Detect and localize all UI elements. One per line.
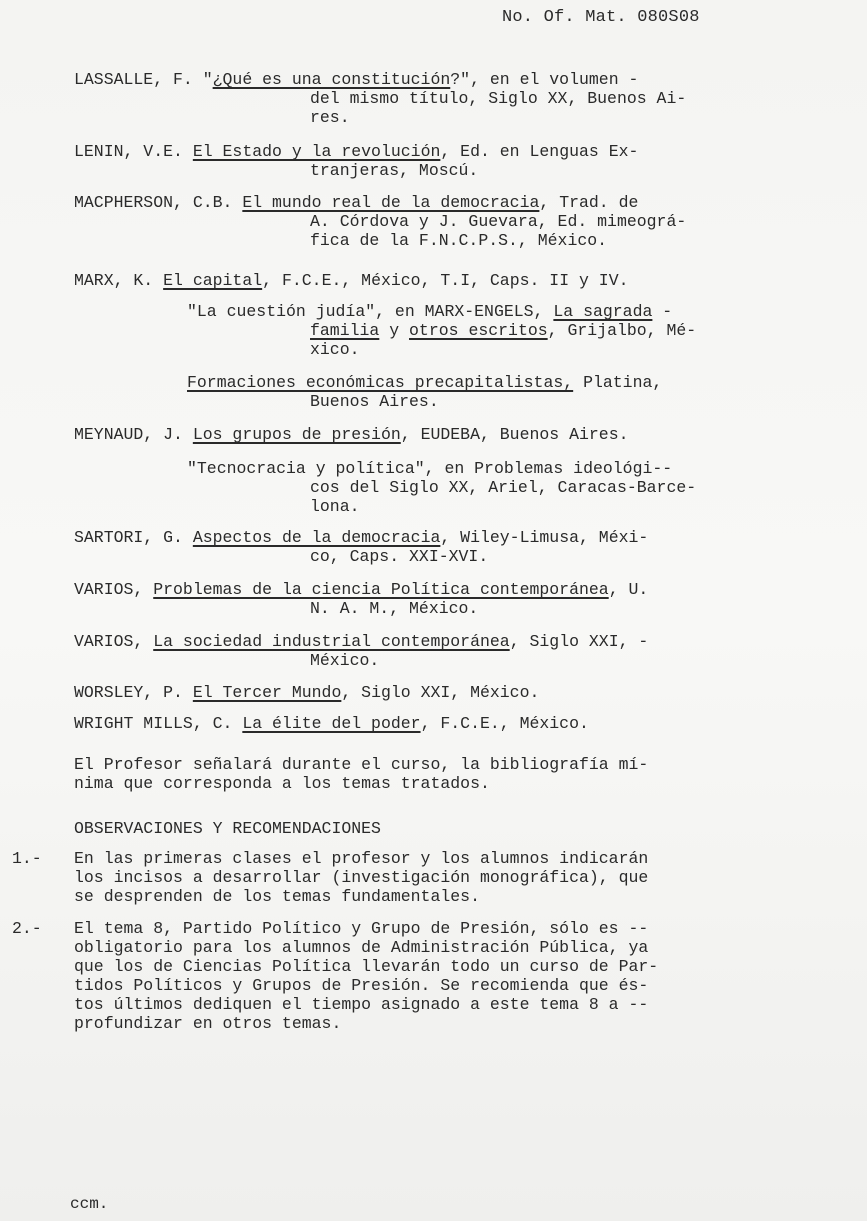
bibliography-entry: LASSALLE, F. "¿Qué es una constitución?"… — [74, 70, 794, 127]
bibliography-entry: VARIOS, Problemas de la ciencia Política… — [74, 580, 794, 618]
bibliography-entry: MEYNAUD, J. Los grupos de presión, EUDEB… — [74, 425, 794, 444]
entry-line: "Tecnocracia y política", en Problemas i… — [74, 459, 794, 478]
work-title: La sagrada — [553, 302, 652, 321]
entry-text: LASSALLE, F. " — [74, 70, 213, 89]
entry-line: familia y otros escritos, Grijalbo, Mé- — [74, 321, 794, 340]
bibliography-entry: WORSLEY, P. El Tercer Mundo, Siglo XXI, … — [74, 683, 794, 702]
work-title: El Estado y la revolución — [193, 142, 441, 161]
entry-text: lona. — [310, 497, 360, 516]
observation-line: tos últimos dediquen el tiempo asignado … — [74, 995, 812, 1014]
entry-text: tranjeras, Moscú. — [310, 161, 478, 180]
entry-line: MARX, K. El capital, F.C.E., México, T.I… — [74, 271, 794, 290]
observation-line: tidos Políticos y Grupos de Presión. Se … — [74, 976, 812, 995]
entry-line: Formaciones económicas precapitalistas, … — [74, 373, 794, 392]
entry-text: - — [652, 302, 672, 321]
work-title: El Tercer Mundo — [193, 683, 342, 702]
observation-line: profundizar en otros temas. — [74, 1014, 812, 1033]
entry-line: Buenos Aires. — [74, 392, 794, 411]
observation-line: obligatorio para los alumnos de Administ… — [74, 938, 812, 957]
bibliography-entry: WRIGHT MILLS, C. La élite del poder, F.C… — [74, 714, 794, 733]
observation-number: 1.- — [12, 849, 42, 868]
entry-text: y — [379, 321, 409, 340]
entry-line: cos del Siglo XX, Ariel, Caracas-Barce- — [74, 478, 794, 497]
typist-initials: ccm. — [70, 1195, 108, 1213]
entry-text: MEYNAUD, J. — [74, 425, 193, 444]
work-title: ¿Qué es una constitución — [213, 70, 451, 89]
bibliography-entry: Formaciones económicas precapitalistas, … — [74, 373, 794, 411]
entry-text: "Tecnocracia y política", en Problemas i… — [187, 459, 672, 478]
entry-text: SARTORI, G. — [74, 528, 193, 547]
entry-text: Buenos Aires. — [310, 392, 439, 411]
entry-text: , Grijalbo, Mé- — [548, 321, 697, 340]
entry-text: MACPHERSON, C.B. — [74, 193, 242, 212]
work-title: Los grupos de presión — [193, 425, 401, 444]
entry-text: , EUDEBA, Buenos Aires. — [401, 425, 629, 444]
observation-line: El tema 8, Partido Político y Grupo de P… — [74, 919, 812, 938]
bibliography-entry: "Tecnocracia y política", en Problemas i… — [74, 459, 794, 516]
entry-line: MACPHERSON, C.B. El mundo real de la dem… — [74, 193, 794, 212]
entry-text: VARIOS, — [74, 632, 153, 651]
entry-text: cos del Siglo XX, Ariel, Caracas-Barce- — [310, 478, 696, 497]
entry-text: VARIOS, — [74, 580, 153, 599]
entry-text: , Trad. de — [539, 193, 638, 212]
work-title: El capital — [163, 271, 262, 290]
entry-line: xico. — [74, 340, 794, 359]
entry-line: WORSLEY, P. El Tercer Mundo, Siglo XXI, … — [74, 683, 794, 702]
bibliography-note: El Profesor señalará durante el curso, l… — [74, 755, 814, 793]
entry-line: "La cuestión judía", en MARX-ENGELS, La … — [74, 302, 794, 321]
work-title: Formaciones económicas precapitalistas, — [187, 373, 573, 392]
work-title: otros escritos — [409, 321, 548, 340]
work-title: La sociedad industrial contemporánea — [153, 632, 509, 651]
bibliography-entry: MACPHERSON, C.B. El mundo real de la dem… — [74, 193, 794, 250]
entry-line: fica de la F.N.C.P.S., México. — [74, 231, 794, 250]
entry-line: MEYNAUD, J. Los grupos de presión, EUDEB… — [74, 425, 794, 444]
observation-line: se desprenden de los temas fundamentales… — [74, 887, 812, 906]
document-page: No. Of. Mat. 080S08 LASSALLE, F. "¿Qué e… — [0, 0, 867, 1221]
entry-line: VARIOS, La sociedad industrial contempor… — [74, 632, 794, 651]
entry-line: A. Córdova y J. Guevara, Ed. mimeográ- — [74, 212, 794, 231]
entry-text: Platina, — [573, 373, 662, 392]
work-title: El mundo real de la democracia — [242, 193, 539, 212]
entry-text: res. — [310, 108, 350, 127]
entry-line: lona. — [74, 497, 794, 516]
note-line: nima que corresponda a los temas tratado… — [74, 774, 814, 793]
entry-line: N. A. M., México. — [74, 599, 794, 618]
entry-line: México. — [74, 651, 794, 670]
entry-text: A. Córdova y J. Guevara, Ed. mimeográ- — [310, 212, 686, 231]
entry-text: , U. — [609, 580, 649, 599]
entry-line: del mismo título, Siglo XX, Buenos Ai- — [74, 89, 794, 108]
entry-line: LENIN, V.E. El Estado y la revolución, E… — [74, 142, 794, 161]
document-number: No. Of. Mat. 080S08 — [502, 8, 700, 27]
entry-text: WORSLEY, P. — [74, 683, 193, 702]
observations-heading: OBSERVACIONES Y RECOMENDACIONES — [74, 819, 381, 838]
entry-line: tranjeras, Moscú. — [74, 161, 794, 180]
bibliography-entry: MARX, K. El capital, F.C.E., México, T.I… — [74, 271, 794, 290]
entry-line: LASSALLE, F. "¿Qué es una constitución?"… — [74, 70, 794, 89]
bibliography-entry: "La cuestión judía", en MARX-ENGELS, La … — [74, 302, 794, 359]
entry-line: res. — [74, 108, 794, 127]
bibliography-entry: LENIN, V.E. El Estado y la revolución, E… — [74, 142, 794, 180]
observation-line: que los de Ciencias Política llevarán to… — [74, 957, 812, 976]
work-title: Aspectos de la democracia — [193, 528, 441, 547]
entry-text: , Wiley-Limusa, Méxi- — [440, 528, 648, 547]
entry-text: , Ed. en Lenguas Ex- — [440, 142, 638, 161]
observation-item: 1.- En las primeras clases el profesor y… — [12, 849, 812, 906]
bibliography-entry: SARTORI, G. Aspectos de la democracia, W… — [74, 528, 794, 566]
entry-text: MARX, K. — [74, 271, 163, 290]
entry-line: VARIOS, Problemas de la ciencia Política… — [74, 580, 794, 599]
entry-text: co, Caps. XXI-XVI. — [310, 547, 488, 566]
work-title: familia — [310, 321, 379, 340]
entry-text: México. — [310, 651, 379, 670]
entry-text: fica de la F.N.C.P.S., México. — [310, 231, 607, 250]
entry-text: , Siglo XXI, México. — [341, 683, 539, 702]
observation-item: 2.- El tema 8, Partido Político y Grupo … — [12, 919, 812, 1033]
entry-text: "La cuestión judía", en MARX-ENGELS, — [187, 302, 553, 321]
entry-text: WRIGHT MILLS, C. — [74, 714, 242, 733]
work-title: Problemas de la ciencia Política contemp… — [153, 580, 608, 599]
work-title: La élite del poder — [242, 714, 420, 733]
observation-number: 2.- — [12, 919, 42, 938]
entry-line: WRIGHT MILLS, C. La élite del poder, F.C… — [74, 714, 794, 733]
entry-text: ?", en el volumen - — [450, 70, 638, 89]
entry-text: LENIN, V.E. — [74, 142, 193, 161]
note-line: El Profesor señalará durante el curso, l… — [74, 755, 814, 774]
bibliography-entry: VARIOS, La sociedad industrial contempor… — [74, 632, 794, 670]
entry-text: xico. — [310, 340, 360, 359]
observation-line: los incisos a desarrollar (investigación… — [74, 868, 812, 887]
entry-line: co, Caps. XXI-XVI. — [74, 547, 794, 566]
entry-line: SARTORI, G. Aspectos de la democracia, W… — [74, 528, 794, 547]
entry-text: , Siglo XXI, - — [510, 632, 649, 651]
entry-text: , F.C.E., México. — [421, 714, 589, 733]
entry-text: , F.C.E., México, T.I, Caps. II y IV. — [262, 271, 628, 290]
observation-line: En las primeras clases el profesor y los… — [74, 849, 812, 868]
entry-text: N. A. M., México. — [310, 599, 478, 618]
entry-text: del mismo título, Siglo XX, Buenos Ai- — [310, 89, 686, 108]
